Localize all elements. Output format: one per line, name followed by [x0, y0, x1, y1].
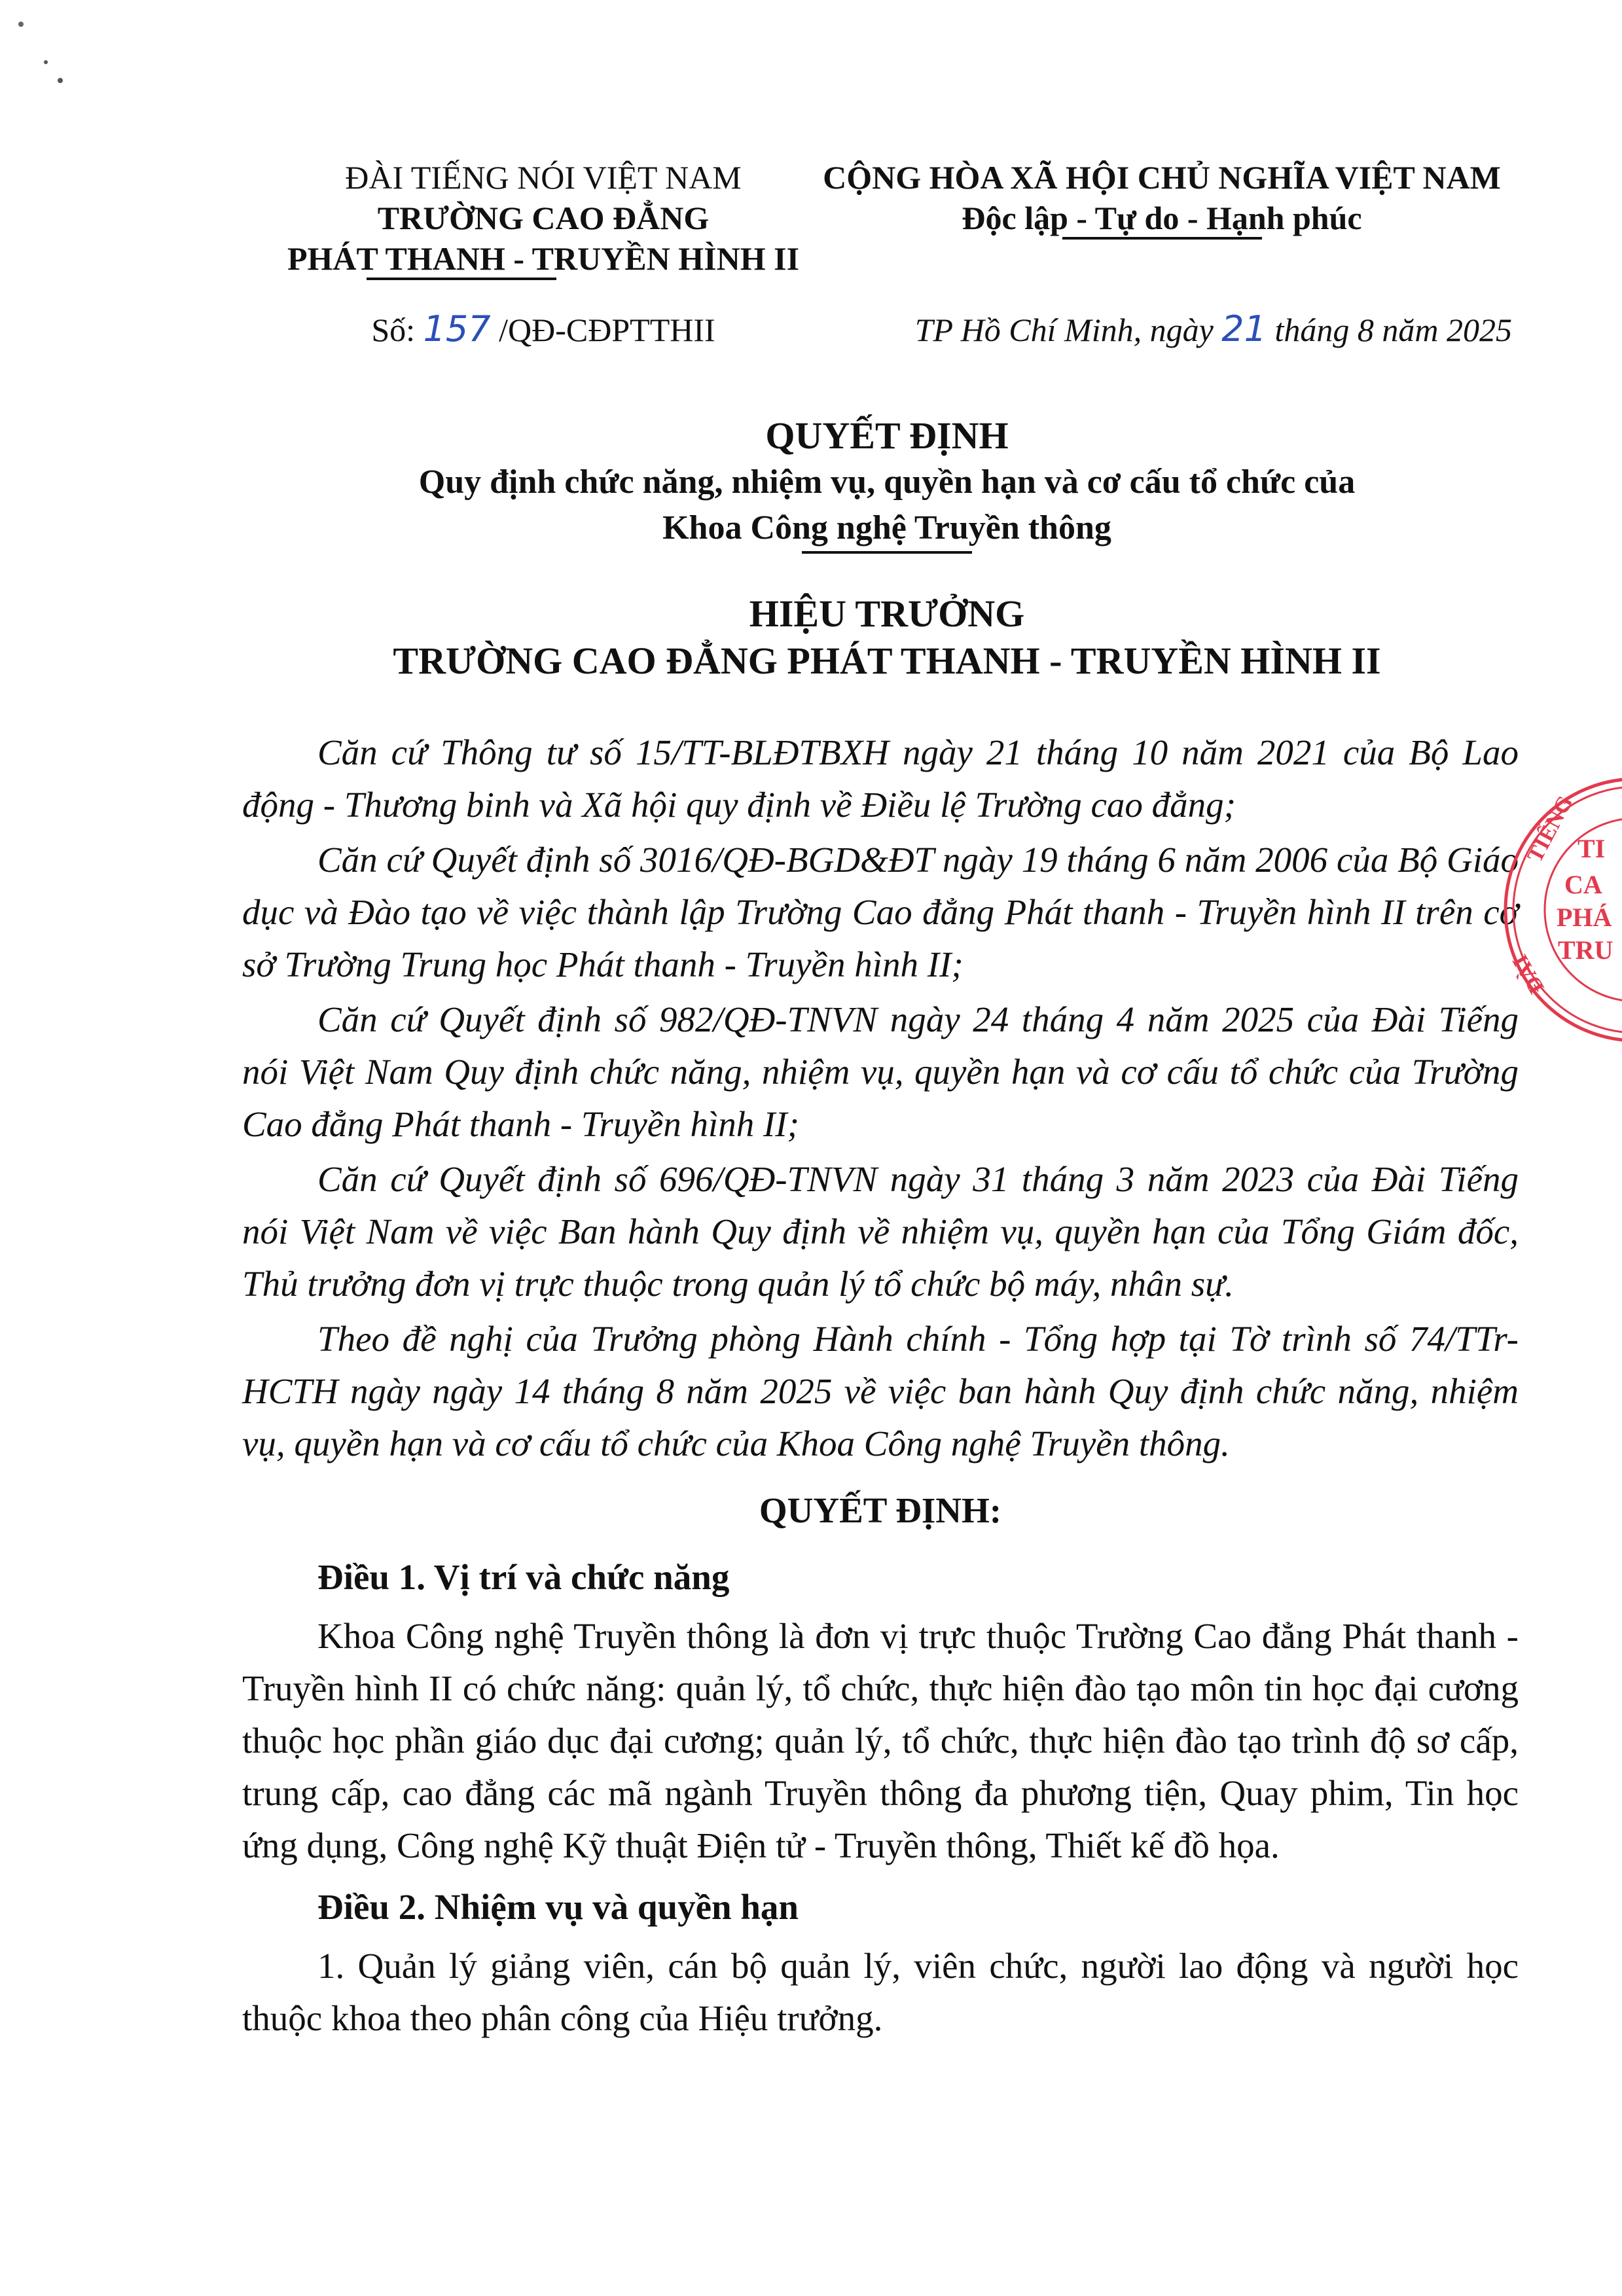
preamble-item: Căn cứ Quyết định số 982/QĐ-TNVN ngày 24…: [242, 994, 1519, 1151]
article-1-paragraph: Khoa Công nghệ Truyền thông là đơn vị tr…: [242, 1610, 1519, 1872]
issuing-authority: HIỆU TRƯỞNG TRƯỜNG CAO ĐẲNG PHÁT THANH -…: [249, 590, 1525, 685]
preamble-item: Căn cứ Quyết định số 696/QĐ-TNVN ngày 31…: [242, 1153, 1519, 1310]
preamble-item: Căn cứ Thông tư số 15/TT-BLĐTBXH ngày 21…: [242, 726, 1519, 831]
issuer-agency: ĐÀI TIẾNG NÓI VIỆT NAM: [249, 157, 838, 198]
article-2-paragraph: 1. Quản lý giảng viên, cán bộ quản lý, v…: [242, 1940, 1519, 2045]
nation-name: CỘNG HÒA XÃ HỘI CHỦ NGHĨA VIỆT NAM: [799, 157, 1525, 198]
authority-title: HIỆU TRƯỞNG: [249, 590, 1525, 637]
title-underline: [802, 551, 972, 554]
document-date: TP Hồ Chí Minh, ngày 21 tháng 8 năm 2025: [799, 309, 1525, 350]
document-body: Căn cứ Thông tư số 15/TT-BLĐTBXH ngày 21…: [242, 726, 1519, 2045]
authority-school: TRƯỜNG CAO ĐẲNG PHÁT THANH - TRUYỀN HÌNH…: [249, 637, 1525, 685]
handwritten-day: 21: [1221, 308, 1267, 350]
document-title: QUYẾT ĐỊNH Quy định chức năng, nhiệm vụ,…: [249, 412, 1525, 554]
title-heading: QUYẾT ĐỊNH: [249, 412, 1525, 459]
svg-text:TRU: TRU: [1558, 935, 1613, 965]
preamble-item: Căn cứ Quyết định số 3016/QĐ-BGD&ĐT ngày…: [242, 834, 1519, 991]
title-subject-line2: Khoa Công nghệ Truyền thông: [249, 505, 1525, 551]
issuer-school-line2: PHÁT THANH - TRUYỀN HÌNH II: [249, 238, 838, 279]
official-seal-stamp: TIẾNG ĐÀI TI CA PHÁ TRU: [1499, 772, 1622, 1047]
svg-text:PHÁ: PHÁ: [1557, 903, 1612, 932]
document-number: Số: 157 /QĐ-CĐPTTHII: [249, 309, 838, 350]
article-1-heading: Điều 1. Vị trí và chức năng: [242, 1551, 1519, 1604]
scan-artifact: [13, 16, 65, 88]
preamble-item: Theo đề nghị của Trưởng phòng Hành chính…: [242, 1313, 1519, 1470]
issuer-header: ĐÀI TIẾNG NÓI VIỆT NAM TRƯỜNG CAO ĐẲNG P…: [249, 157, 838, 350]
handwritten-number: 157: [424, 308, 491, 350]
svg-text:CA: CA: [1564, 870, 1602, 899]
title-subject-line1: Quy định chức năng, nhiệm vụ, quyền hạn …: [249, 459, 1525, 505]
svg-text:TIẾNG: TIẾNG: [1522, 791, 1578, 867]
issuer-school-line1: TRƯỜNG CAO ĐẲNG: [249, 198, 838, 238]
national-header: CỘNG HÒA XÃ HỘI CHỦ NGHĨA VIỆT NAM Độc l…: [799, 157, 1525, 350]
decision-heading: QUYẾT ĐỊNH:: [242, 1484, 1519, 1537]
svg-text:TI: TI: [1577, 834, 1605, 863]
article-2-heading: Điều 2. Nhiệm vụ và quyền hạn: [242, 1881, 1519, 1933]
national-motto: Độc lập - Tự do - Hạnh phúc: [799, 198, 1525, 238]
